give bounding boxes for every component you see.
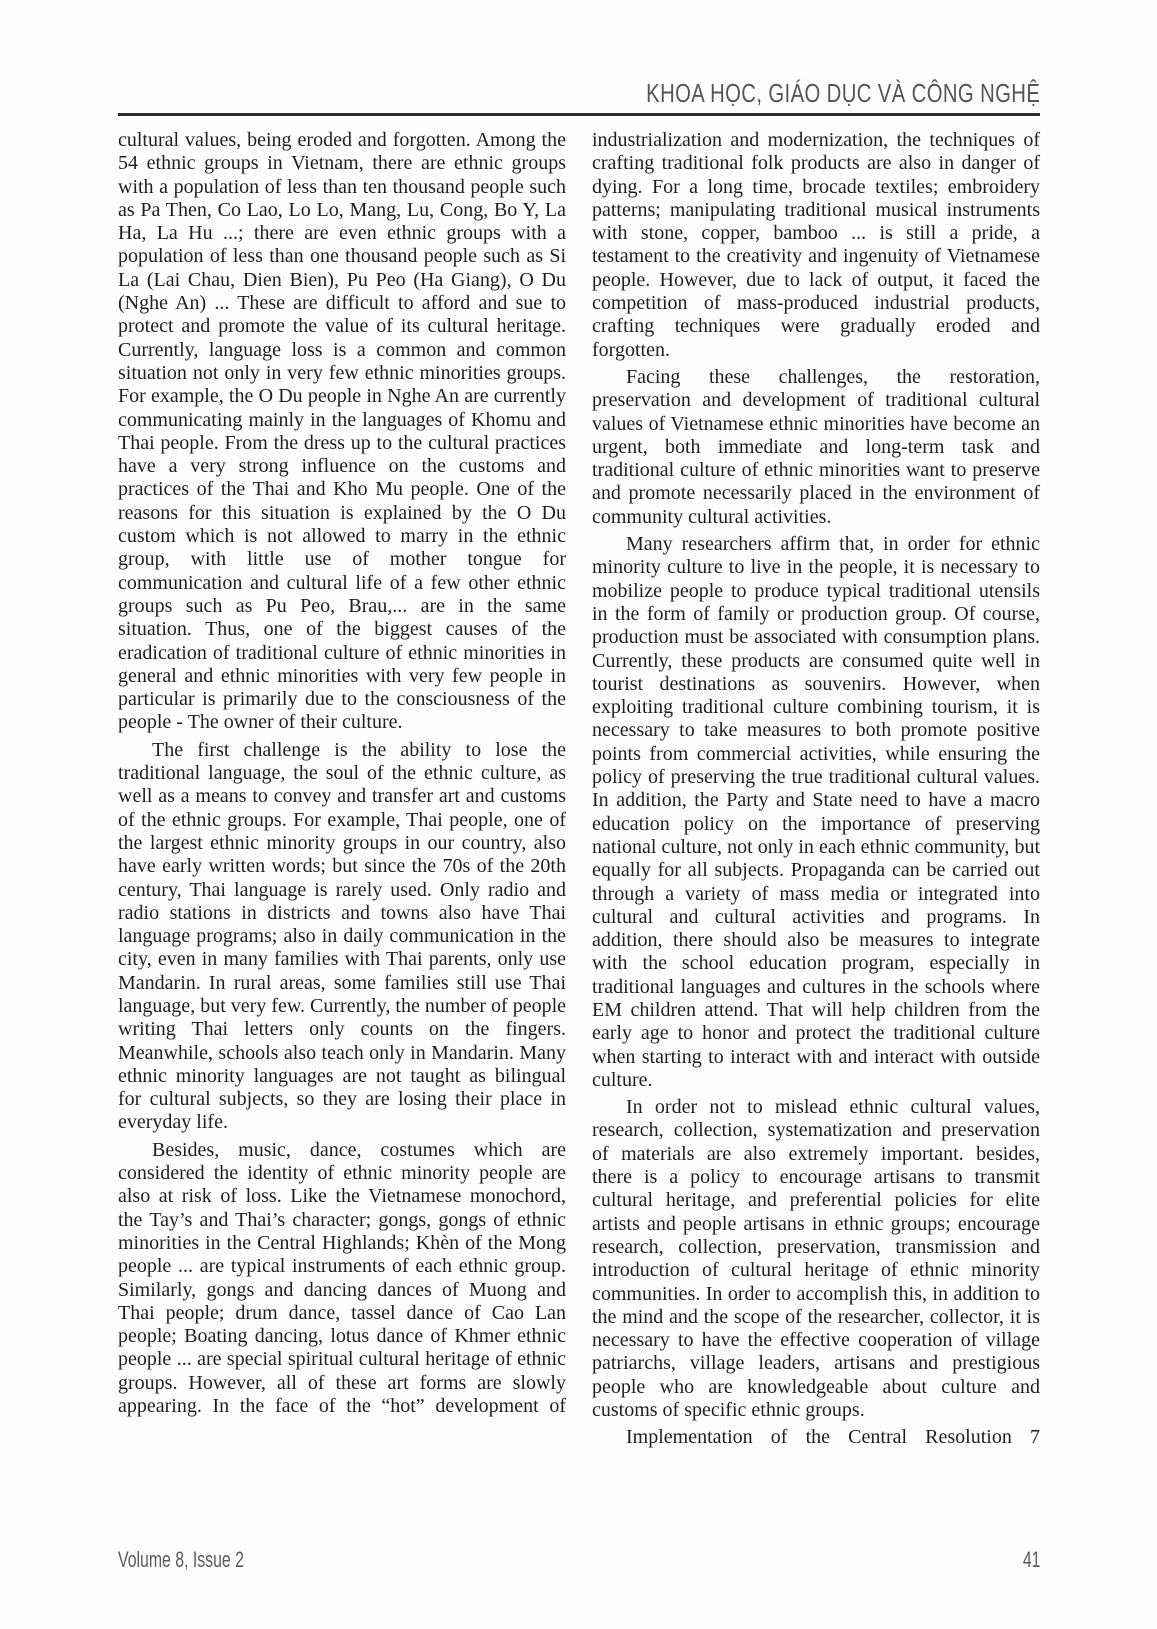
paragraph: Facing these challenges, the restoration… (592, 366, 1040, 529)
paragraph: In order not to mislead ethnic cultural … (592, 1096, 1040, 1422)
document-page: KHOA HỌC, GIÁO DỤC VÀ CÔNG NGHỆ cultural… (0, 0, 1157, 1629)
right-column: industrialization and modernization, the… (592, 129, 1040, 1454)
page-content: KHOA HỌC, GIÁO DỤC VÀ CÔNG NGHỆ cultural… (118, 0, 1040, 1454)
paragraph: The first challenge is the ability to lo… (118, 739, 566, 1135)
left-column: cultural values, being eroded and forgot… (118, 129, 566, 1454)
article-body: cultural values, being eroded and forgot… (118, 129, 1040, 1454)
volume-issue-label: Volume 8, Issue 2 (118, 1547, 244, 1573)
paragraph: Besides, music, dance, costumes which ar… (118, 1139, 566, 1419)
page-number: 41 (1022, 1547, 1040, 1573)
page-footer: Volume 8, Issue 2 41 (118, 1547, 1040, 1573)
paragraph: cultural values, being eroded and forgot… (118, 129, 566, 735)
page-header: KHOA HỌC, GIÁO DỤC VÀ CÔNG NGHỆ (118, 0, 1040, 116)
paragraph: industrialization and modernization, the… (592, 129, 1040, 362)
header-rule (118, 113, 1040, 116)
journal-section-title: KHOA HỌC, GIÁO DỤC VÀ CÔNG NGHỆ (646, 78, 1040, 109)
paragraph: Many researchers affirm that, in order f… (592, 533, 1040, 1092)
paragraph: Implementation of the Central Resolution… (592, 1426, 1040, 1449)
